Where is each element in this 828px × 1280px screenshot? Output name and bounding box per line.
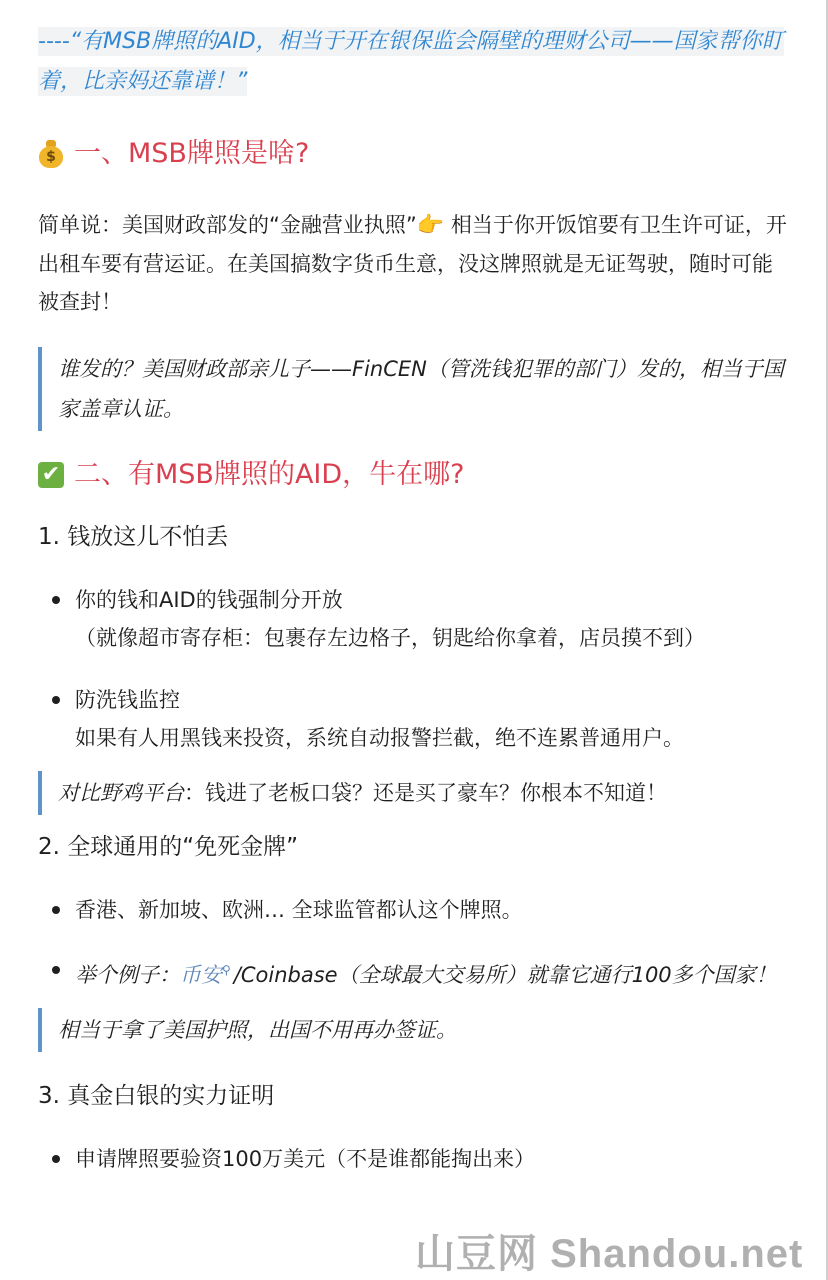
money-bag-icon: $ [38,139,64,169]
list-item: 防洗钱监控 如果有人用黑钱来投资，系统自动报警拦截，绝不连累普通用户。 [38,681,788,757]
intro-quote-line1: ----“有MSB牌照的AID，相当于开在银保监会隔壁的理财公司——国家 [38,27,718,56]
section1-blockquote: 谁发的？美国财政部亲儿子——FinCEN（管洗钱犯罪的部门）发的，相当于国家盖章… [38,347,788,431]
watermark: 山豆网 Shandou.net [415,1222,803,1279]
point2-blockquote: 相当于拿了美国护照，出国不用再办签证。 [38,1008,788,1052]
list-item: 举个例子：币安⚲/Coinbase（全球最大交易所）就靠它通行100多个国家！ [38,951,788,994]
list-item-main: 你的钱和AID的钱强制分开放 [75,581,788,619]
pointing-hand-icon: 👉 [417,207,444,245]
list-item: 你的钱和AID的钱强制分开放 （就像超市寄存柜：包裹存左边格子，钥匙给你拿着，店… [38,581,788,657]
bullet-icon [52,1155,60,1163]
section1-body-text-1: 简单说：美国财政部发的“金融营业执照” [38,213,417,237]
check-mark-icon: ✔ [38,462,64,488]
bullet-icon [52,696,60,704]
point1-quote-italic: 对比野鸡平台 [58,781,184,805]
list-item-sub: 如果有人用黑钱来投资，系统自动报警拦截，绝不连累普通用户。 [75,719,788,757]
bullet-icon [52,906,60,914]
list-item-main: 防洗钱监控 [75,681,788,719]
point1-list: 你的钱和AID的钱强制分开放 （就像超市寄存柜：包裹存左边格子，钥匙给你拿着，店… [38,581,788,757]
section1-heading: $ 一、MSB牌照是啥? [38,136,788,172]
article-content: ----“有MSB牌照的AID，相当于开在银保监会隔壁的理财公司——国家帮你盯着… [38,22,788,1178]
example-prefix: 举个例子： [75,963,180,987]
section1-heading-text: 一、MSB牌照是啥? [74,136,309,172]
point3-list: 申请牌照要验资100万美元（不是谁都能掏出来） [38,1140,788,1178]
bullet-icon [52,966,60,974]
binance-link[interactable]: 币安 [180,963,222,987]
point2-quote-text: 相当于拿了美国护照，出国不用再办签证。 [58,1018,457,1042]
point1-title: 1. 钱放这儿不怕丢 [38,519,788,555]
point1-blockquote: 对比野鸡平台：钱进了老板口袋？还是买了豪车？你根本不知道！ [38,771,788,815]
section2-heading: ✔ 二、有MSB牌照的AID，牛在哪? [38,457,788,493]
example-suffix: /Coinbase（全球最大交易所）就靠它通行100多个国家！ [234,963,777,987]
point2-list: 香港、新加坡、欧洲… 全球监管都认这个牌照。 举个例子：币安⚲/Coinbase… [38,891,788,994]
intro-quote: ----“有MSB牌照的AID，相当于开在银保监会隔壁的理财公司——国家帮你盯着… [38,22,788,102]
list-item-main: 香港、新加坡、欧洲… 全球监管都认这个牌照。 [75,891,788,929]
list-item: 申请牌照要验资100万美元（不是谁都能掏出来） [38,1140,788,1178]
list-item-main: 举个例子：币安⚲/Coinbase（全球最大交易所）就靠它通行100多个国家！ [75,951,788,994]
list-item-sub: （就像超市寄存柜：包裹存左边格子，钥匙给你拿着，店员摸不到） [75,619,788,657]
point3-title: 3. 真金白银的实力证明 [38,1078,788,1114]
section1-body: 简单说：美国财政部发的“金融营业执照”👉 相当于你开饭馆要有卫生许可证，开出租车… [38,206,788,321]
list-item: 香港、新加坡、欧洲… 全球监管都认这个牌照。 [38,891,788,929]
list-item-main: 申请牌照要验资100万美元（不是谁都能掏出来） [75,1140,788,1178]
point1-quote-rest: ：钱进了老板口袋？还是买了豪车？你根本不知道！ [184,781,667,805]
bullet-icon [52,596,60,604]
section1-quote-text: 谁发的？美国财政部亲儿子——FinCEN（管洗钱犯罪的部门）发的，相当于国家盖章… [58,357,784,421]
section2-heading-text: 二、有MSB牌照的AID，牛在哪? [74,457,465,493]
search-icon[interactable]: ⚲ [222,951,231,989]
point2-title: 2. 全球通用的“免死金牌” [38,829,788,865]
